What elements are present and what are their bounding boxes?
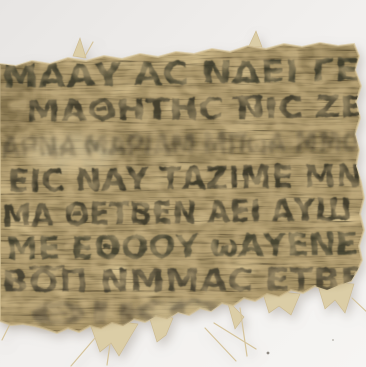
dust-speck (332, 339, 334, 341)
papyrus-photo: ΜΑΑΥ ΑC ΝΔΕΙ ΓΕ ΜΑΘΗΤΗC ΝΙC ΖΕ ΕΙC ΝΑΥ Τ… (0, 0, 366, 367)
photo-scene: ΜΑΑΥ ΑC ΝΔΕΙ ΓΕ ΜΑΘΗΤΗC ΝΙC ΖΕ ΕΙC ΝΑΥ Τ… (0, 0, 366, 367)
dust-speck (267, 352, 270, 355)
